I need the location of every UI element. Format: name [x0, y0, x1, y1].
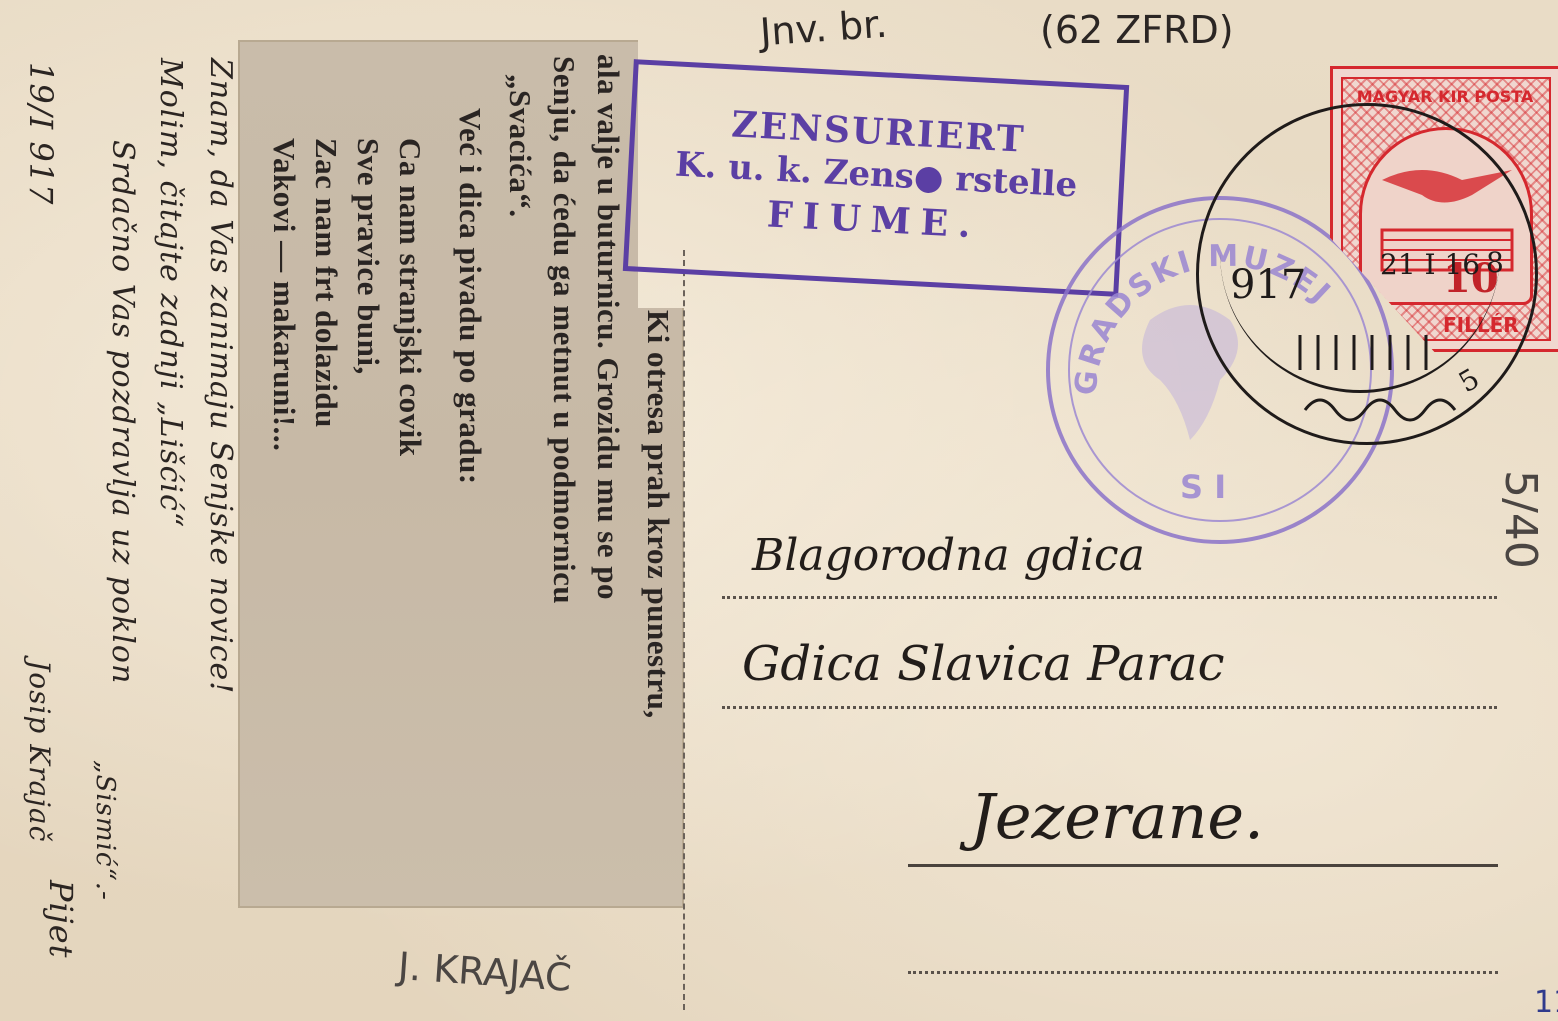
inventory-label: Jnv. br. [759, 2, 889, 55]
address-line-4 [908, 971, 1498, 974]
address-city: Jezerane. [970, 780, 1264, 853]
postmark-bars-icon [1290, 330, 1470, 390]
clipping-line: Ki otresa prah kroz punestru, [640, 310, 676, 719]
postcard-back: Jnv. br. (62 ZFRD) Ki otresa prah kroz p… [0, 0, 1558, 1021]
postmark-ornament-icon [1300, 390, 1460, 430]
newspaper-clipping: Ki otresa prah kroz punestru, ala valje … [238, 40, 684, 908]
address-line-2 [722, 706, 1497, 709]
clipping-line: Vakovi — makaruni!... [266, 138, 302, 451]
address-recipient: Gdica Slavica Parac [742, 636, 1224, 692]
clipping-line: Sve pravice buni, [350, 138, 386, 375]
clipping-line: ala valje u buturnicu. Grozidu mu se po [590, 54, 626, 600]
pencil-margin-note: 5/40 [1495, 470, 1546, 569]
pencil-author-note: J. KRAJAČ [397, 944, 573, 1000]
message-line: Pijet [42, 880, 80, 958]
message-line: Molim, čitajte zadnji „Lišćić“ [153, 58, 188, 528]
seal-text-bottom: S I [1180, 468, 1226, 506]
inventory-code: (62 ZFRD) [1040, 8, 1234, 52]
message-line: „Sismić“.- [90, 760, 120, 901]
postmark-year: 917 [1230, 262, 1306, 308]
address-line-1 [722, 596, 1497, 599]
clipping-line: Ca nam stranjski covik [392, 138, 428, 456]
address-line-3 [908, 864, 1498, 867]
postmark-date: 21 I 16 [1380, 248, 1480, 281]
divider-line [683, 250, 685, 1010]
clipping-line: Zac nam frt dolazidu [308, 138, 344, 428]
message-line: Znam, da Vas zanimaju Senjske novice! [203, 58, 238, 694]
clipping-line: Već i dica pivadu po gradu: [452, 108, 488, 485]
message-line: Srdačno Vas pozdravlja uz poklon [105, 140, 140, 684]
clipping-line: „Svacića“. [502, 74, 538, 218]
postmark-time: 8 [1486, 246, 1504, 279]
clipping-line: Senju, da ćedu ga metnut u podmornicu [546, 56, 582, 604]
pencil-corner-note: 11 [1534, 985, 1558, 1020]
address-salutation: Blagorodna gdica [752, 530, 1145, 581]
signature: Josip Krajač [23, 660, 56, 842]
message-date: 19/I 917 [22, 62, 60, 205]
